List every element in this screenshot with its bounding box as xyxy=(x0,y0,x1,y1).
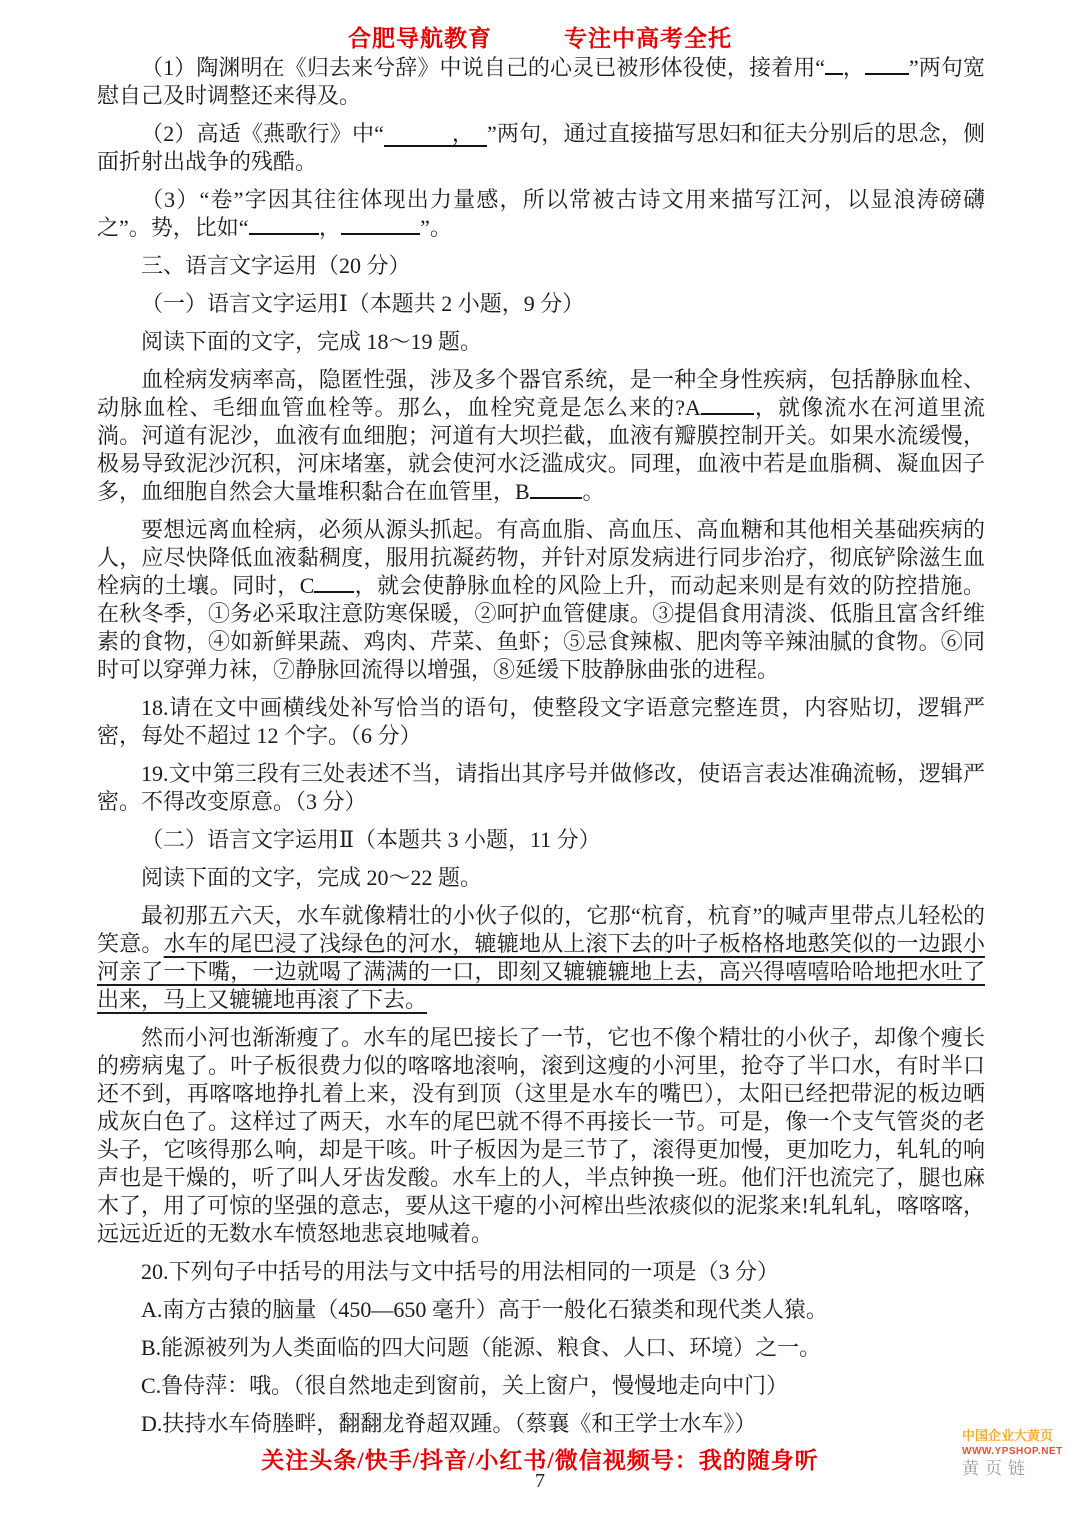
question-18: 18.请在文中画横线处补写恰当的语句，使整段文字语意完整连贯，内容贴切，逻辑严密… xyxy=(97,694,985,750)
header-banner: 合肥导航教育 专注中高考全托 xyxy=(0,20,1080,53)
text-segment: 18.请在文中画横线处补写恰当的语句，使整段文字语意完整连贯，内容贴切，逻辑严密… xyxy=(97,695,985,748)
question-19: 19.文中第三段有三处表述不当，请指出其序号并做修改，使语言表达准确流畅，逻辑严… xyxy=(97,760,985,816)
reading-instruction-2: 阅读下面的文字，完成 20～22 题。 xyxy=(97,864,985,892)
fill-blank xyxy=(314,572,354,593)
fill-blank xyxy=(865,54,909,75)
text-segment: C.鲁侍萍：哦。（很自然地走到窗前，关上窗户，慢慢地走向中门） xyxy=(141,1373,788,1398)
option-c: C.鲁侍萍：哦。（很自然地走到窗前，关上窗户，慢慢地走向中门） xyxy=(97,1372,985,1400)
fill-blank: ， xyxy=(384,122,487,147)
watermark-title: 中国企业大黄页 xyxy=(962,1427,1072,1445)
text-segment: （二）语言文字运用Ⅱ（本题共 3 小题，11 分） xyxy=(141,827,601,852)
subsection-heading-1: （一）语言文字运用Ⅰ（本题共 2 小题，9 分） xyxy=(97,290,985,318)
text-segment: D.扶持水车倚塍畔，翻翻龙脊超双踵。（蔡襄《和王学士水车》） xyxy=(141,1411,756,1436)
passage-2-para-2: 然而小河也渐渐瘦了。水车的尾巴接长了一节，它也不像个精壮的小伙子，却像个瘦长的痨… xyxy=(97,1024,985,1248)
text-segment: ， xyxy=(843,55,865,80)
text-segment: 阅读下面的文字，完成 18～19 题。 xyxy=(141,329,482,354)
text-segment: 20.下列句子中括号的用法与文中括号的用法相同的一项是（3 分） xyxy=(141,1259,779,1284)
text-segment: 然而小河也渐渐瘦了。水车的尾巴接长了一节，它也不像个精壮的小伙子，却像个瘦长的痨… xyxy=(97,1025,985,1246)
page-number: 7 xyxy=(0,1470,1080,1493)
passage-2-para-1: 最初那五六天，水车就像精壮的小伙子似的，它那“杭育，杭育”的喊声里带点儿轻松的笑… xyxy=(97,902,985,1014)
passage-1-para-1: 血栓病发病率高，隐匿性强，涉及多个器官系统，是一种全身性疾病，包括静脉血栓、动脉… xyxy=(97,366,985,506)
text-segment: ”。 xyxy=(420,215,452,240)
text-segment: A.南方古猿的脑量（450—650 毫升）高于一般化石猿类和现代类人猿。 xyxy=(141,1297,828,1322)
fill-blank xyxy=(530,478,583,499)
exam-page: 合肥导航教育 专注中高考全托 （1）陶渊明在《归去来兮辞》中说自己的心灵已被形体… xyxy=(0,0,1080,1513)
text-segment: （3）“卷”字因其往往体现出力量感，所以常被古诗文用来描写江河，以显浪涛磅礴之”… xyxy=(97,187,985,240)
option-a: A.南方古猿的脑量（450—650 毫升）高于一般化石猿类和现代类人猿。 xyxy=(97,1296,985,1324)
option-b: B.能源被列为人类面临的四大问题（能源、粮食、人口、环境）之一。 xyxy=(97,1334,985,1362)
option-d: D.扶持水车倚塍畔，翻翻龙脊超双踵。（蔡襄《和王学士水车》） xyxy=(97,1410,985,1438)
watermark-url: WWW.YPSHOP.NET xyxy=(962,1445,1072,1459)
fill-blank xyxy=(825,54,843,75)
underlined-text: 水车的尾巴浸了浅绿色的河水，辘辘地从上滚下去的叶子板格格地憨笑似的一边跟小河亲了… xyxy=(97,931,985,1012)
subsection-heading-2: （二）语言文字运用Ⅱ（本题共 3 小题，11 分） xyxy=(97,826,985,854)
header-brand: 合肥导航教育 xyxy=(348,20,492,53)
text-segment: ， xyxy=(319,215,341,240)
watermark: 中国企业大黄页 WWW.YPSHOP.NET 黄页链 xyxy=(962,1427,1072,1481)
document-body: （1）陶渊明在《归去来兮辞》中说自己的心灵已被形体役使，接着用“，”两句宽慰自己… xyxy=(97,54,985,1448)
fill-blank xyxy=(341,214,420,235)
text-segment: 三、语言文字运用（20 分） xyxy=(141,253,411,278)
fill-item-1: （1）陶渊明在《归去来兮辞》中说自己的心灵已被形体役使，接着用“，”两句宽慰自己… xyxy=(97,54,985,110)
text-segment: 阅读下面的文字，完成 20～22 题。 xyxy=(141,865,482,890)
text-segment: B.能源被列为人类面临的四大问题（能源、粮食、人口、环境）之一。 xyxy=(141,1335,821,1360)
question-20: 20.下列句子中括号的用法与文中括号的用法相同的一项是（3 分） xyxy=(97,1258,985,1286)
text-segment: 19.文中第三段有三处表述不当，请指出其序号并做修改，使语言表达准确流畅，逻辑严… xyxy=(97,761,985,814)
text-segment: （一）语言文字运用Ⅰ（本题共 2 小题，9 分） xyxy=(141,291,584,316)
reading-instruction-1: 阅读下面的文字，完成 18～19 题。 xyxy=(97,328,985,356)
passage-1-para-2: 要想远离血栓病，必须从源头抓起。有高血脂、高血压、高血糖和其他相关基础疾病的人，… xyxy=(97,516,985,684)
header-slogan: 专注中高考全托 xyxy=(564,20,732,53)
text-segment: （2）高适《燕歌行》中“ xyxy=(141,121,384,146)
fill-item-3: （3）“卷”字因其往往体现出力量感，所以常被古诗文用来描写江河，以显浪涛磅礴之”… xyxy=(97,186,985,242)
fill-item-2: （2）高适《燕歌行》中“ ， ”两句，通过直接描写思妇和征夫分别后的思念，侧面折… xyxy=(97,120,985,176)
watermark-name: 黄页链 xyxy=(962,1458,1072,1481)
fill-blank xyxy=(249,214,319,235)
text-segment: 。 xyxy=(582,479,604,504)
fill-blank xyxy=(701,394,754,415)
text-segment: （1）陶渊明在《归去来兮辞》中说自己的心灵已被形体役使，接着用“ xyxy=(141,55,825,80)
section-heading-3: 三、语言文字运用（20 分） xyxy=(97,252,985,280)
